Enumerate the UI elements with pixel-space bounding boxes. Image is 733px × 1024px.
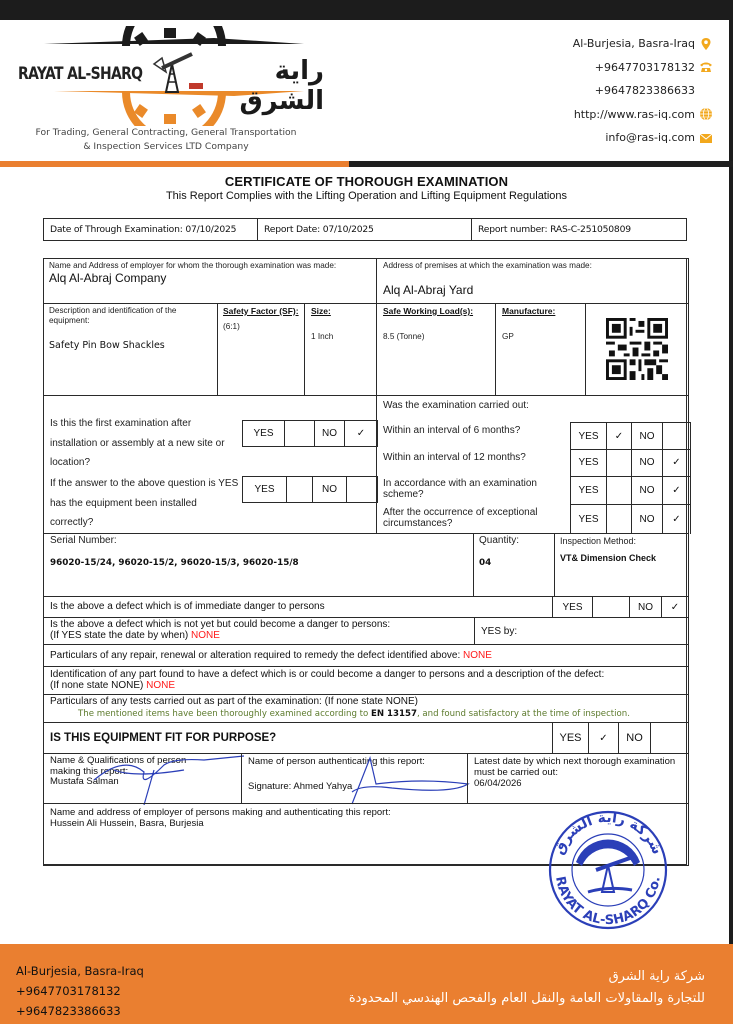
immediate-danger-yes-no: YES NO ✓	[552, 596, 689, 618]
yes-label: YES	[243, 477, 287, 502]
footer-arabic-line-1: شركة راية الشرق	[349, 966, 705, 988]
first-exam-cell: Is this the first examination after inst…	[43, 395, 377, 534]
potential-danger-line-2: (If YES state the date by when)	[50, 630, 188, 641]
globe-icon	[699, 107, 713, 121]
no-label: NO	[632, 476, 663, 504]
email-link[interactable]: info@ras-iq.com	[605, 131, 695, 144]
serial-value: 96020-15/24, 96020-15/2, 96020-15/3, 960…	[50, 558, 467, 568]
tagline-line-1: For Trading, General Contracting, Genera…	[14, 126, 318, 140]
contact-email[interactable]: info@ras-iq.com	[573, 126, 713, 150]
employer-value: Alq Al-Abraj Company	[49, 271, 371, 285]
size-value: 1 Inch	[311, 332, 370, 342]
footer-contacts: Al-Burjesia, Basra-Iraq +9647703178132 +…	[16, 961, 144, 1021]
installed-correctly-yes-no: YES NO	[242, 476, 378, 503]
installed-no-box[interactable]	[347, 477, 377, 502]
yes-label: YES	[553, 723, 589, 753]
equipment-desc-value: Safety Pin Bow Shackles	[49, 340, 212, 351]
identification-line-1: Identification of any part found to have…	[50, 669, 682, 680]
footer-phone-1[interactable]: +9647703178132	[16, 981, 144, 1001]
contact-website[interactable]: http://www.ras-iq.com	[573, 103, 713, 127]
examination-form: Name and Address of employer for whom th…	[43, 258, 687, 865]
twelve-months-yes-no: YES NO ✓	[570, 449, 691, 477]
premises-value: Alq Al-Abraj Yard	[383, 283, 682, 297]
tests-standard: EN 13157	[371, 709, 417, 719]
six-months-yes-no: YES ✓ NO	[570, 422, 691, 450]
employer-label: Name and Address of employer for whom th…	[49, 261, 371, 271]
yes-label: YES	[571, 423, 607, 449]
qr-cell	[585, 303, 689, 396]
exam-scheme-question: In accordance with an examination scheme…	[383, 478, 563, 500]
immediate-danger-cell: Is the above a defect which is of immedi…	[43, 596, 553, 618]
header-divider-dark	[349, 161, 733, 167]
next-exam-date: 06/04/2026	[474, 778, 682, 789]
installed-yes-box[interactable]	[287, 477, 313, 502]
first-exam-yes-box[interactable]	[285, 421, 315, 446]
logo-english: RAYAT AL-SHARQ	[18, 64, 142, 84]
size-cell: Size: 1 Inch	[304, 303, 377, 396]
footer-arabic-line-2: للتجارة والمقاولات العامة والنقل العام و…	[349, 988, 705, 1010]
no-label: NO	[313, 477, 347, 502]
six-months-yes-box[interactable]: ✓	[607, 423, 632, 449]
header-divider-orange	[0, 161, 349, 167]
page-footer: Al-Burjesia, Basra-Iraq +9647703178132 +…	[0, 944, 733, 1024]
next-exam-cell: Latest date by which next thorough exami…	[467, 753, 689, 804]
twelve-months-yes-box[interactable]	[607, 449, 632, 476]
maker-cell: Name & Qualifications of person making t…	[43, 753, 242, 804]
no-label: NO	[630, 597, 662, 617]
yes-label: YES	[243, 421, 285, 446]
inspection-method-cell: Inspection Method: VT& Dimension Check	[554, 533, 689, 597]
tests-label: Particulars of any tests carried out as …	[50, 696, 682, 708]
serial-label: Serial Number:	[50, 536, 467, 546]
exceptional-no-box[interactable]: ✓	[663, 504, 690, 534]
exam-interval-cell: Was the examination carried out: Within …	[376, 395, 689, 534]
report-date: Report Date: 07/10/2025	[258, 219, 472, 241]
exam-scheme-no-box[interactable]: ✓	[663, 476, 690, 504]
qr-code-icon[interactable]	[606, 318, 668, 380]
tests-note-post: , and found satisfactory at the time of …	[417, 709, 630, 719]
installed-correctly-question: If the answer to the above question is Y…	[50, 474, 240, 533]
identification-value: NONE	[146, 680, 175, 691]
six-months-question: Within an interval of 6 months?	[383, 421, 520, 441]
repair-value: NONE	[463, 650, 492, 661]
contact-phone-1[interactable]: +9647703178132	[573, 56, 713, 80]
tagline-line-2: & Inspection Services LTD Company	[14, 140, 318, 154]
safety-factor-cell: Safety Factor (SF): (6:1)	[217, 303, 305, 396]
twelve-months-question: Within an interval of 12 months?	[383, 448, 526, 468]
equipment-desc-label: Description and identification of the eq…	[49, 306, 212, 326]
website-link[interactable]: http://www.ras-iq.com	[574, 108, 695, 121]
first-exam-yes-no: YES NO ✓	[242, 420, 378, 447]
twelve-months-no-box[interactable]: ✓	[663, 449, 690, 476]
dates-table: Date of Through Examination: 07/10/2025 …	[43, 218, 687, 241]
no-label: NO	[632, 504, 663, 534]
fit-yes-box[interactable]: ✓	[589, 723, 619, 753]
authenticator-cell: Name of person authenticating this repor…	[241, 753, 468, 804]
potential-danger-value: NONE	[191, 630, 220, 641]
stamp-english-text: RAYAT AL-SHARQ Co.	[552, 875, 664, 928]
inspection-method-value: VT& Dimension Check	[560, 553, 683, 563]
spacer	[699, 84, 713, 98]
manufacture-value: GP	[502, 332, 579, 342]
company-stamp-icon: شركة راية الشرق RAYAT AL-SHARQ Co.	[538, 810, 688, 940]
phone-2-text[interactable]: +9647823386633	[595, 84, 695, 97]
no-label: NO	[619, 723, 651, 753]
contact-address: Al-Burjesia, Basra-Iraq	[573, 32, 713, 56]
company-tagline: For Trading, General Contracting, Genera…	[14, 126, 318, 154]
swl-label: Safe Working Load(s):	[383, 306, 489, 316]
yes-label: YES	[571, 504, 607, 534]
potential-danger-line-1: Is the above a defect which is not yet b…	[50, 619, 468, 630]
yes-label: YES	[571, 449, 607, 476]
manufacture-label: Manufacture:	[502, 306, 579, 316]
exam-scheme-yes-no: YES NO ✓	[570, 476, 691, 505]
immediate-yes-box[interactable]	[593, 597, 630, 617]
inspection-method-label: Inspection Method:	[560, 536, 683, 546]
premises-label: Address of premises at which the examina…	[383, 261, 682, 271]
safety-factor-value: (6:1)	[223, 322, 299, 332]
first-exam-question: Is this the first examination after inst…	[50, 414, 240, 473]
exceptional-yes-no: YES NO ✓	[570, 504, 691, 534]
quantity-cell: Quantity: 04	[473, 533, 555, 597]
premises-cell: Address of premises at which the examina…	[376, 258, 689, 304]
potential-danger-cell: Is the above a defect which is not yet b…	[43, 617, 475, 645]
immediate-no-box[interactable]: ✓	[662, 597, 688, 617]
certificate-subtitle: This Report Complies with the Lifting Op…	[0, 190, 733, 202]
authenticator-signature	[322, 754, 472, 806]
exam-interval-heading: Was the examination carried out:	[383, 396, 529, 416]
yes-by-cell: YES by:	[474, 617, 689, 645]
no-label: NO	[632, 449, 663, 476]
footer-address: Al-Burjesia, Basra-Iraq	[16, 961, 144, 981]
quantity-value: 04	[479, 558, 549, 568]
exam-date: Date of Through Examination: 07/10/2025	[44, 219, 258, 241]
report-number: Report number: RAS-C-251050809	[472, 219, 687, 241]
repair-label: Particulars of any repair, renewal or al…	[50, 650, 460, 661]
manufacture-cell: Manufacture: GP	[495, 303, 586, 396]
envelope-icon	[699, 131, 713, 145]
footer-phone-2[interactable]: +9647823386633	[16, 1001, 144, 1021]
swl-value: 8.5 (Tonne)	[383, 332, 489, 342]
address-text: Al-Burjesia, Basra-Iraq	[573, 37, 695, 50]
equipment-desc-cell: Description and identification of the eq…	[43, 303, 218, 396]
footer-arabic: شركة راية الشرق للتجارة والمقاولات العام…	[349, 966, 705, 1010]
certificate-title: CERTIFICATE OF THOROUGH EXAMINATION	[0, 174, 733, 189]
no-label: NO	[315, 421, 345, 446]
next-exam-label: Latest date by which next thorough exami…	[474, 756, 682, 778]
tests-cell: Particulars of any tests carried out as …	[43, 694, 689, 723]
safety-factor-label: Safety Factor (SF):	[223, 306, 299, 316]
identification-cell: Identification of any part found to have…	[43, 666, 689, 695]
no-label: NO	[632, 423, 663, 449]
contact-block: Al-Burjesia, Basra-Iraq +9647703178132 +…	[573, 32, 713, 150]
location-pin-icon	[699, 37, 713, 51]
phone-1-text[interactable]: +9647703178132	[595, 61, 695, 74]
telephone-icon	[699, 60, 713, 74]
exceptional-yes-box[interactable]	[607, 504, 632, 534]
company-logo: RAYAT AL-SHARQ راية الشرق	[14, 26, 324, 126]
tests-note: The mentioned items have been thoroughly…	[50, 708, 682, 720]
tests-note-pre: The mentioned items have been thoroughly…	[78, 709, 371, 719]
yes-label: YES	[553, 597, 593, 617]
logo-arabic: راية الشرق	[204, 56, 324, 116]
page-edge	[729, 0, 733, 1024]
exceptional-circumstances-question: After the occurrence of exceptional circ…	[383, 507, 568, 529]
fit-for-purpose-yes-no: YES ✓ NO	[552, 722, 689, 754]
yes-label: YES	[571, 476, 607, 504]
employer-cell: Name and Address of employer for whom th…	[43, 258, 377, 304]
svg-text:RAYAT AL-SHARQ Co.: RAYAT AL-SHARQ Co.	[552, 875, 664, 928]
identification-line-2: (If none state NONE)	[50, 680, 143, 691]
first-exam-no-box[interactable]: ✓	[345, 421, 377, 446]
top-bar	[0, 0, 733, 20]
swl-cell: Safe Working Load(s): 8.5 (Tonne)	[376, 303, 496, 396]
fit-no-box[interactable]	[651, 723, 688, 753]
contact-phone-2[interactable]: +9647823386633	[573, 79, 713, 103]
quantity-label: Quantity:	[479, 536, 549, 546]
serial-cell: Serial Number: 96020-15/24, 96020-15/2, …	[43, 533, 474, 597]
maker-signature	[84, 750, 244, 805]
six-months-no-box[interactable]	[663, 423, 690, 449]
exam-scheme-yes-box[interactable]	[607, 476, 632, 504]
repair-cell: Particulars of any repair, renewal or al…	[43, 644, 689, 667]
size-label: Size:	[311, 306, 370, 316]
